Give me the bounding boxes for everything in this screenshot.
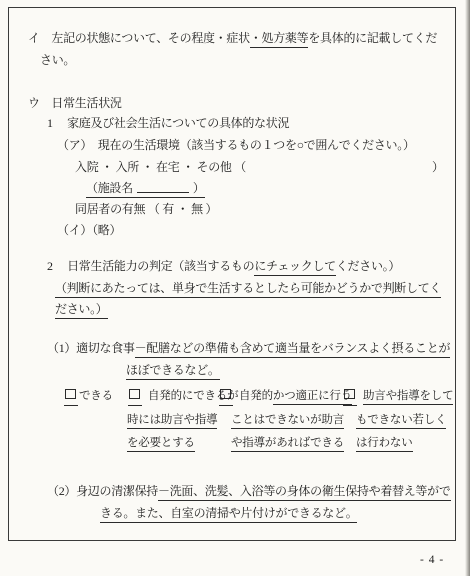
q1-heading-line2: ほぼできるなど。 [126,363,220,378]
option2-label-line3: を必要とする [127,437,195,452]
q2-desc-line1: －洗面、洗髪、入浴等の身体の衛生保持や着替え等がで [158,484,451,501]
option2-checkbox[interactable] [128,389,142,406]
q1-heading-line1: （1）適切な食事－配膳などの準備も含めて適当量をバランスよく摂ることが [47,341,450,356]
q1-label: （1）適切な食事 [47,341,135,355]
item2-title-underlined: にチェックして [254,259,336,276]
page-number: - 4 - [420,553,444,567]
section-u-heading: ウ 日常生活状況 [28,96,122,111]
option3-label-line1-plain: 自発的 [239,390,273,402]
checkbox-icon [220,389,231,399]
q1-desc-line1: －配膳などの準備も含めて適当量をバランスよく摂ることが [135,341,451,358]
option4-label-line1: 助言や指導をして [363,390,453,405]
diagnostic-form-page: イ 左記の状態について、その程度・症状・処方薬等を具体的に記載してくだ さい。 … [0,0,470,576]
item2-note-line2-text: ださい。） [55,302,108,319]
option3-label-line2: ことはできないが助言 [231,414,344,429]
option2-label-line2: 時には助言や指導 [127,414,217,429]
item2-title: 2 日常生活能力の判定（該当するものにチェックしてください。） [47,259,400,274]
item2-note-line1: （判断にあたっては、単身で生活するとしたら可能かどうかで判断してく [55,281,441,296]
item2-note-line1-text: （判断にあたっては、単身で生活するとしたら可能かどうかで判断してく [55,281,441,298]
option4-label-line3: は行わない [356,437,413,452]
q1-option4-line1: 助言や指導をして [343,389,453,406]
q1-option2-line2: 時には助言や指導 [127,413,217,427]
living-environment-close-paren: ） [432,160,444,175]
checkbox-icon [65,389,76,399]
item1-sub-i-label: （イ）（略） [57,223,121,238]
note-i-underlined: ・処方薬等 [250,31,309,48]
facility-name-close: ） [193,181,205,195]
item2-title-pre: 2 日常生活能力の判定（該当するもの [47,259,254,273]
note-i-pre: イ 左記の状態について、その程度・症状 [28,31,250,45]
note-i-line2: さい。 [40,53,75,68]
note-i-line1: イ 左記の状態について、その程度・症状・処方薬等を具体的に記載してくだ [28,31,437,46]
option3-label-line3: や指導があればできる [231,437,344,452]
q1-desc-line2: ほぼできるなど。 [126,363,220,380]
option1-checkbox[interactable] [64,389,78,406]
q1-option3-line1: 自発的かつ適正に行う [219,389,352,406]
facility-name-underline: （施設名） [86,181,205,198]
q2-label: （2）身辺の清潔保持 [47,484,158,498]
checkbox-icon [129,389,140,399]
scan-edge-shadow [465,0,470,576]
q1-option3-line3: や指導があればできる [231,436,344,450]
option4-label-line2: もできない若しく [356,414,446,429]
q1-option2-line3: を必要とする [127,436,195,450]
item2-title-post: ください。） [336,259,400,273]
cohabitant-line[interactable]: 同居者の有無 （ 有 ・ 無 ） [75,202,217,217]
q1-option3-line2: ことはできないが助言 [231,413,344,427]
item2-note-line2: ださい。） [55,302,108,317]
facility-name-open: （施設名 [86,181,133,195]
item1-sub-a-label: （ア） 現在の生活環境（該当するもの１つを○で囲んでください。） [57,138,415,153]
facility-name-line: （施設名） [86,181,205,196]
item1-title: 1 家庭及び社会生活についての具体的な状況 [47,116,289,131]
facility-name-blank[interactable] [137,181,189,193]
q2-heading-line1: （2）身辺の清潔保持－洗面、洗髪、入浴等の身体の衛生保持や着替え等がで [47,484,451,499]
note-i-post: を具体的に記載してくだ [308,31,437,45]
q1-option1: できる [64,389,113,406]
option3-label-line1-underlined: かつ適正に行う [273,390,352,405]
q1-option4-line2: もできない若しく [356,413,446,427]
checkbox-icon [344,389,355,399]
option4-checkbox[interactable] [343,389,357,406]
living-environment-options[interactable]: 入院 ・ 入所 ・ 在宅 ・ その他 （ [75,160,246,175]
option1-label: できる [79,390,113,402]
q2-heading-line2: きる。また、自室の清掃や片付けができるなど。 [100,506,357,521]
content-frame-border [8,7,456,541]
option3-checkbox[interactable] [219,389,233,406]
q2-desc-line2: きる。また、自室の清掃や片付けができるなど。 [100,506,357,523]
q1-option4-line3: は行わない [356,436,413,450]
